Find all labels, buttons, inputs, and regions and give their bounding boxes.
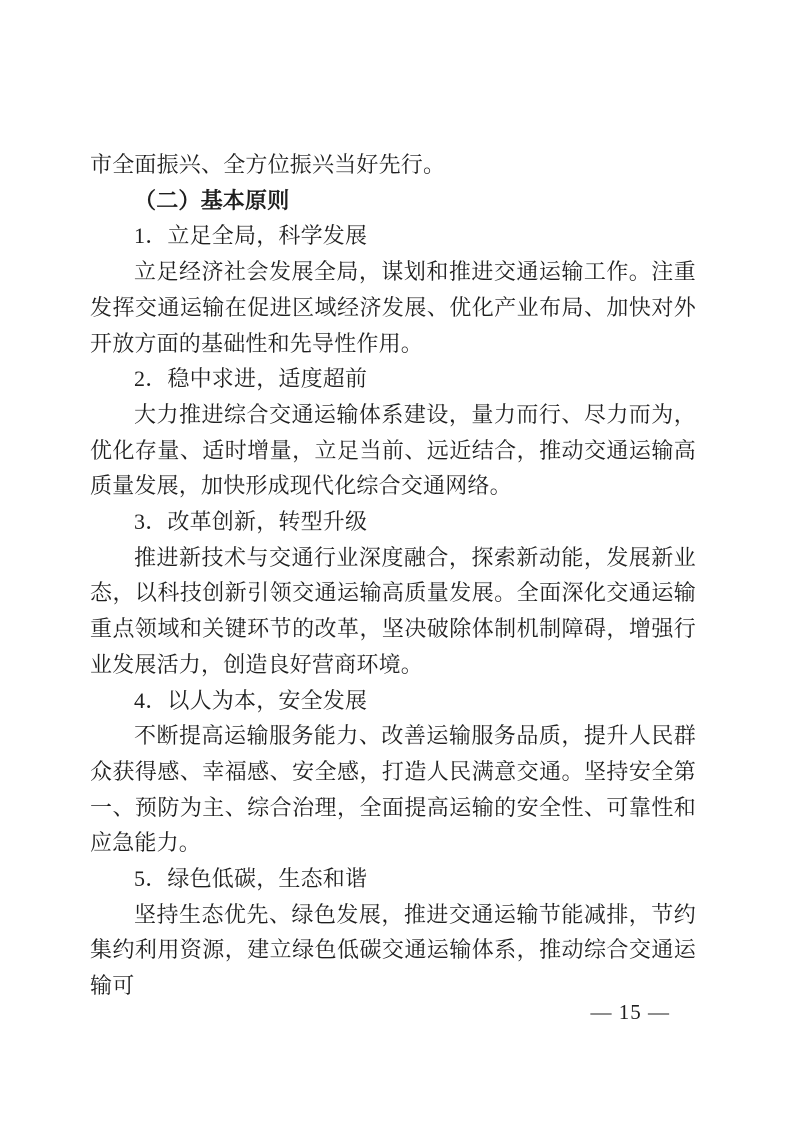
- principle-2-paragraph: 大力推进综合交通运输体系建设，量力而行、尽力而为，优化存量、适时增量，立足当前、…: [90, 397, 696, 504]
- principle-5-heading: 5．绿色低碳，生态和谐: [90, 861, 696, 897]
- principle-4-paragraph: 不断提高运输服务能力、改善运输服务品质，提升人民群众获得感、幸福感、安全感，打造…: [90, 718, 696, 861]
- principle-4-heading: 4．以人为本，安全发展: [90, 683, 696, 719]
- principle-2-heading: 2．稳中求进，适度超前: [90, 361, 696, 397]
- principle-3-heading: 3．改革创新，转型升级: [90, 504, 696, 540]
- document-page: 市全面振兴、全方位振兴当好先行。 （二）基本原则 1．立足全局，科学发展 立足经…: [0, 0, 793, 1122]
- continuation-paragraph: 市全面振兴、全方位振兴当好先行。: [90, 147, 696, 183]
- principle-5-paragraph: 坚持生态优先、绿色发展，推进交通运输节能减排，节约集约利用资源，建立绿色低碳交通…: [90, 897, 696, 1004]
- principle-1-heading: 1．立足全局，科学发展: [90, 218, 696, 254]
- principle-1-paragraph: 立足经济社会发展全局，谋划和推进交通运输工作。注重发挥交通运输在促进区域经济发展…: [90, 254, 696, 361]
- document-body: 市全面振兴、全方位振兴当好先行。 （二）基本原则 1．立足全局，科学发展 立足经…: [90, 147, 696, 1004]
- principle-3-paragraph: 推进新技术与交通行业深度融合，探索新动能，发展新业态，以科技创新引领交通运输高质…: [90, 540, 696, 683]
- subsection-heading-basic-principles: （二）基本原则: [90, 183, 696, 219]
- page-number: — 15 —: [591, 998, 671, 1026]
